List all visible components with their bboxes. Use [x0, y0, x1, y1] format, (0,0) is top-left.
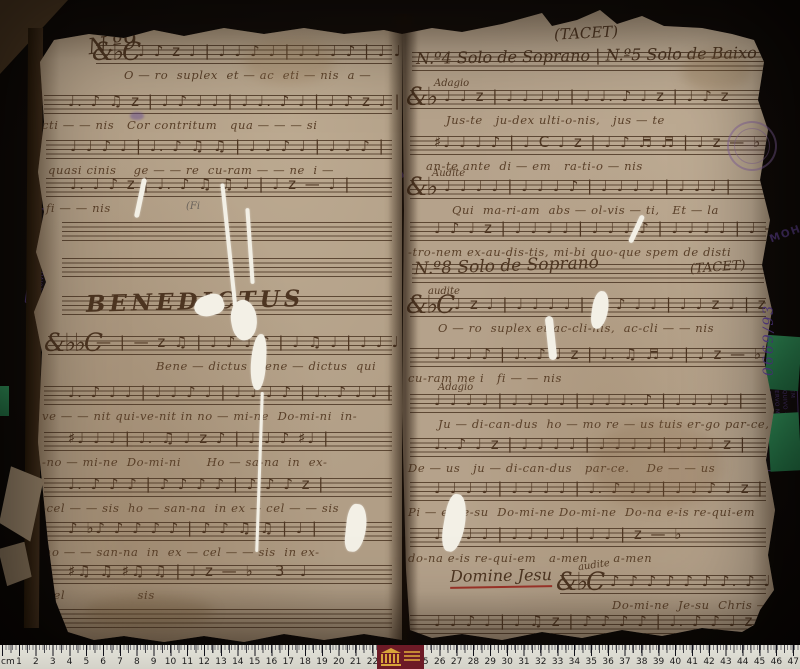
lyrics-line: ho — — san-na in ex — cel — — sis in ex- — [44, 545, 320, 559]
music-notes: ♩ ♩ ♩ ♪ | ♩. ♪ ♩ z | ♩. ♫ ♬ ♩ | ♩ z — ♭ — [434, 345, 763, 363]
ruler-number: 42 — [703, 657, 714, 667]
lyrics-line: O — ro suplex et ac-cli-nis, ac-cli — — … — [438, 321, 714, 335]
lyrics-line: fi — — nis — [46, 201, 111, 215]
ruler-number: 36 — [602, 657, 613, 667]
staff: ♩. ♪ ♪ ♪ | ♪ ♪ ♪ ♪ | ♪ ♪ ♪ z | — [44, 478, 392, 497]
staff: ♩ ♪ ♩ z | ♩ ♩ ♩ ♩ | ♩ ♩ ♩ ♪ | ♩ ♩ ♩ ♩ | … — [410, 222, 766, 241]
ruler-number: 34 — [569, 657, 580, 667]
music-notes: ♩. ♪ ♩ ♩ | ♩ ♩ ♪ ♩ | ♩ ♩ ♩ ♪ | ♩. ♪ ♩ ♩ … — [68, 383, 394, 401]
ruler-number: 41 — [686, 657, 697, 667]
music-notes: ♩ ♩ ♩ ♩ | ♩ ♩ ♩ ♩ | ♩ ♩ | z — ♭ — [434, 525, 683, 543]
music-notes: ♯♩ ♩ ♩ | ♩. ♫ ♩ z ♪ | ♩ ♩ ♪ ♯♩ | — [68, 429, 330, 447]
ruler-number: 38 — [636, 657, 647, 667]
ruler-number: 29 — [485, 657, 496, 667]
music-notes: ♩ ♩ ♩ ♩ | ♩ ♩ ♩ ♪ | ♩ ♩ ♩ ♩ | ♩ ♩ ♩ | — [444, 177, 733, 195]
staff: &♭♭C — | — z ♫ | ♩ ♪ ♩ ♪ | ♩ ♫ ♩ | ♩ ♩ ♩… — [48, 336, 392, 355]
empty-staff — [58, 609, 392, 628]
lyrics-line: Do-mi-ne Je-su Chris — te — [612, 598, 786, 612]
page-fold-shadow — [388, 14, 418, 644]
staff: &♭ ♩ ♩ z | ♩ ♩ ♩ ♩ | ♩ ♩. ♪ ♩ z | ♩ ♪ z … — [410, 90, 766, 109]
ruler-number: 30 — [501, 657, 512, 667]
lyrics-line: cu-ram me i fi — — nis — [408, 371, 562, 385]
ruler-number: 8 — [134, 657, 140, 667]
staff: ♯♩ ♩ ♩ ♪ | ♩ C ♩ z | ♩ ♪ ♬ ♬ | ♩ z — ♭ — [410, 136, 766, 155]
staff: ♩. ♪ ♫ z | ♩ ♪ ♩ ♩ | ♩ ♩. ♪ ♩ | ♩ ♪ z ♩ … — [44, 95, 392, 114]
ruler-number: 7 — [117, 657, 123, 667]
staff: ♩. ♪ ♩ z | ♩ ♩ ♩ ♩ | ♩ ♩ ♩ ♩ | ♩ ♩ ♩ z | — [410, 438, 766, 457]
ruler-number: 45 — [754, 657, 765, 667]
ruler-number: 26 — [434, 657, 445, 667]
music-notes: ♩ ♪ z ♩ | ♩ ♩ ♪ ♩ | ♩ ♩ ♩ ♪ | ♩ ♩ ♩ | — [138, 42, 422, 60]
ruler-number: 19 — [316, 657, 327, 667]
library-building-icon — [381, 648, 401, 666]
music-notes: ♩. ♪ ♪ ♪ | ♪ ♪ ♪ ♪ | ♪ ♪ ♪ z | — [68, 475, 325, 493]
logo-text-lines — [404, 649, 420, 663]
staff: ♪ ♭♪ ♪ ♪ ♪ ♪ | ♪ ♪ ♫ ♫ | ♩ | — [44, 522, 392, 541]
page-number-mark: - 3 - — [750, 16, 771, 29]
ruler-number: 18 — [299, 657, 310, 667]
staff: ♯♫ ♫ ♯♫ ♫ | ♩ z — ♭ 3 ♩ — [44, 565, 392, 584]
ruler-number: 6 — [100, 657, 106, 667]
catalog-number: 0669/93 — [761, 280, 777, 376]
ruler-number: 33 — [552, 657, 563, 667]
ruler-number: 37 — [619, 657, 630, 667]
green-binding-patch-right-2 — [768, 412, 800, 472]
ruler-number: 27 — [451, 657, 462, 667]
ruler-number: 47 — [787, 657, 798, 667]
ruler-unit-label: cm — [1, 657, 15, 667]
pencil-fi-mark: (Fi — [186, 201, 200, 212]
ruler-number: 40 — [670, 657, 681, 667]
treble-clef-icon: &♭C — [556, 567, 603, 596]
staff: ♩ ♩ ♩ ♩ | ♩ ♩ ♩ ♩ | ♩ ♩ ♩. ♪ | ♩ ♩ ♩ ♩ | — [410, 394, 766, 413]
ruler-number: 1 — [16, 657, 22, 667]
lyrics-line: -cel — — sis ho — san-na in ex — cel — —… — [42, 501, 339, 515]
music-notes: ♯♩ ♩ ♩ ♪ | ♩ C ♩ z | ♩ ♪ ♬ ♬ | ♩ z — ♭ — [434, 133, 762, 151]
music-notes: ♩. ♪ ♫ z | ♩ ♪ ♩ ♩ | ♩ ♩. ♪ ♩ | ♩ ♪ z ♩ … — [68, 92, 402, 110]
manuscript-photo: N.º9 &♭C ♩ ♪ z ♩ | ♩ ♩ ♪ ♩ | ♩ ♩ ♩ ♪ | ♩… — [0, 0, 800, 669]
music-notes: ♩ ♩ ♪ ♩ | ♩ ♫ z | ♪ ♪ ♪ ♪ | ♩. ♪ ♪ ♩ z ♪… — [434, 612, 776, 630]
green-binding-patch-left — [0, 386, 9, 416]
staff: &♭ ♩ ♩ ♩ ♩ | ♩ ♩ ♩ ♪ | ♩ ♩ ♩ ♩ | ♩ ♩ ♩ | — [410, 180, 766, 199]
music-notes: ♩ ♩ ♩ ♩ | ♩ ♩ ♩ ♩ | ♩. ♪ ♩ ♩ | ♩ ♩ ♪ ♩ z… — [434, 479, 764, 497]
ruler-number: 4 — [67, 657, 73, 667]
staff: &♭C ♪ ♪ ♪ ♪ ♪ ♪ ♪. ♪ ♩ | — [560, 575, 766, 594]
treble-clef-icon: &♭C — [92, 37, 139, 66]
measuring-ruler: cm 1234567891011121314151617181920212225… — [0, 645, 800, 669]
ruler-number: 9 — [151, 657, 157, 667]
lyrics-line: O — ro suplex et — ac eti — nis a — — [124, 68, 371, 82]
ruler-number: 12 — [198, 657, 209, 667]
treble-clef-icon: &♭♭C — [44, 328, 101, 357]
ruler-number: 39 — [653, 657, 664, 667]
right-page: - 3 - (TACET) N.º4 Solo de Soprano | N.º… — [402, 10, 778, 642]
ruler-number: 44 — [737, 657, 748, 667]
ruler-number: 10 — [165, 657, 176, 667]
ruler-number: 28 — [468, 657, 479, 667]
domine-jesu-title: Domine Jesu — [450, 565, 552, 589]
tacet-annotation-top: (TACET) — [554, 22, 619, 43]
music-notes: ♩ ♩ ♩ ♩ | ♩ ♩ ♩ ♩ | ♩ ♩ ♩. ♪ | ♩ ♩ ♩ ♩ | — [434, 391, 745, 409]
ruler-number: 20 — [333, 657, 344, 667]
music-notes: ♪ ♭♪ ♪ ♪ ♪ ♪ | ♪ ♪ ♫ ♫ | ♩ | — [68, 519, 319, 537]
empty-staff — [62, 258, 392, 277]
ruler-number: 35 — [586, 657, 597, 667]
staff: ♩. ♪ ♩ ♩ | ♩ ♩ ♪ ♩ | ♩ ♩ ♩ ♪ | ♩. ♪ ♩ ♩ … — [44, 386, 392, 405]
ruler-number: 11 — [182, 657, 193, 667]
staff: &♭C ♩ z ♩ | ♩ ♩ ♩ ♩ | ♩. ♪ ♩ ♩ | ♩ ♩ z ♩… — [410, 298, 766, 317]
music-notes: ♩ ♩ z | ♩ ♩ ♩ ♩ | ♩ ♩. ♪ ♩ z | ♩ ♪ z 4 | — [444, 87, 783, 105]
music-notes: ♯♫ ♫ ♯♫ ♫ | ♩ z — ♭ 3 ♩ — [68, 562, 309, 580]
ruler-number: 3 — [50, 657, 56, 667]
ruler-number: 21 — [350, 657, 361, 667]
lyrics-line: ve — — nit qui-ve-nit in no — mi-ne Do-m… — [42, 409, 357, 423]
ruler-number: 2 — [33, 657, 39, 667]
library-logo — [377, 645, 424, 669]
lyrics-line: -cel sis — [42, 588, 155, 602]
staff: ♩ ♩ ♪ ♩ | ♩. ♪ ♫ ♫ | ♩ ♩ ♪ ♩ | ♩ ♩ ♪ | — [46, 140, 392, 159]
ruler-number: 43 — [720, 657, 731, 667]
staff: ♯♩ ♩ ♩ | ♩. ♫ ♩ z ♪ | ♩ ♩ ♪ ♯♩ | — [44, 432, 392, 451]
music-notes: ♪ ♪ ♪ ♪ ♪ ♪ ♪. ♪ ♩ | — [610, 572, 786, 590]
music-notes: ♩ ♪ ♩ z | ♩ ♩ ♩ ♩ | ♩ ♩ ♩ ♪ | ♩ ♩ ♩ ♩ | … — [434, 219, 776, 237]
ruler-number: 16 — [266, 657, 277, 667]
staff: ♩ ♩ ♩ ♪ | ♩. ♪ ♩ z | ♩. ♫ ♬ ♩ | ♩ z — ♭ — [410, 348, 766, 367]
lyrics-line: De — us ju — di-can-dus par-ce. De — — u… — [408, 461, 715, 475]
music-notes: ♩. ♪ ♩ z | ♩ ♩ ♩ ♩ | ♩ ♩ ♩ ♩ | ♩ ♩ ♩ z | — [434, 435, 747, 453]
circular-stamp — [727, 121, 777, 171]
turn-page-mark: — Vire — — [700, 632, 757, 646]
ruler-number: 46 — [771, 657, 782, 667]
ruler-number: 5 — [83, 657, 89, 667]
ruler-number: 17 — [283, 657, 294, 667]
lyrics-line: Ju — di-can-dus ho — mo re — us tuis er-… — [438, 417, 770, 431]
staff: &♭C ♩ ♪ z ♩ | ♩ ♩ ♪ ♩ | ♩ ♩ ♩ ♪ | ♩ ♩ ♩ … — [96, 45, 392, 64]
staff: ♩ ♩ ♪ ♩ | ♩ ♫ z | ♪ ♪ ♪ ♪ | ♩. ♪ ♪ ♩ z ♪… — [410, 615, 766, 634]
ruler-number: 31 — [518, 657, 529, 667]
lyrics-line: cti — — nis Cor contritum qua — — — si — [42, 118, 318, 132]
lyrics-line: Jus-te ju-dex ulti-o-nis, jus — te — [446, 113, 665, 127]
lyrics-line: Bene — dictus Bene — dictus qui — [156, 359, 376, 373]
ruler-number: 14 — [232, 657, 243, 667]
ruler-number: 13 — [215, 657, 226, 667]
lyrics-line: Qui ma-ri-am abs — ol-vis — ti, Et — la — [452, 203, 719, 217]
ruler-number: 32 — [535, 657, 546, 667]
lyrics-line: -no — mi-ne Do-mi-ni Ho — sa-na in ex- — [42, 455, 328, 469]
staff: ♩. ♩ ♪ z | ♩. ♪ ♫ ♫ ♩ | ♩ z — ♩ | — [46, 178, 392, 197]
ruler-number: 15 — [249, 657, 260, 667]
music-notes: ♩ ♩ ♪ ♩ | ♩. ♪ ♫ ♫ | ♩ ♩ ♪ ♩ | ♩ ♩ ♪ | — [70, 137, 386, 155]
music-notes: ♩. ♩ ♪ z | ♩. ♪ ♫ ♫ ♩ | ♩ z — ♩ | — [70, 175, 351, 193]
lyrics-line: do-na e-is re-qui-em a-men a-men — [408, 551, 652, 565]
music-notes: ♩ z ♩ | ♩ ♩ ♩ ♩ | ♩. ♪ ♩ ♩ | ♩ ♩ z ♩ | z… — [454, 295, 796, 313]
